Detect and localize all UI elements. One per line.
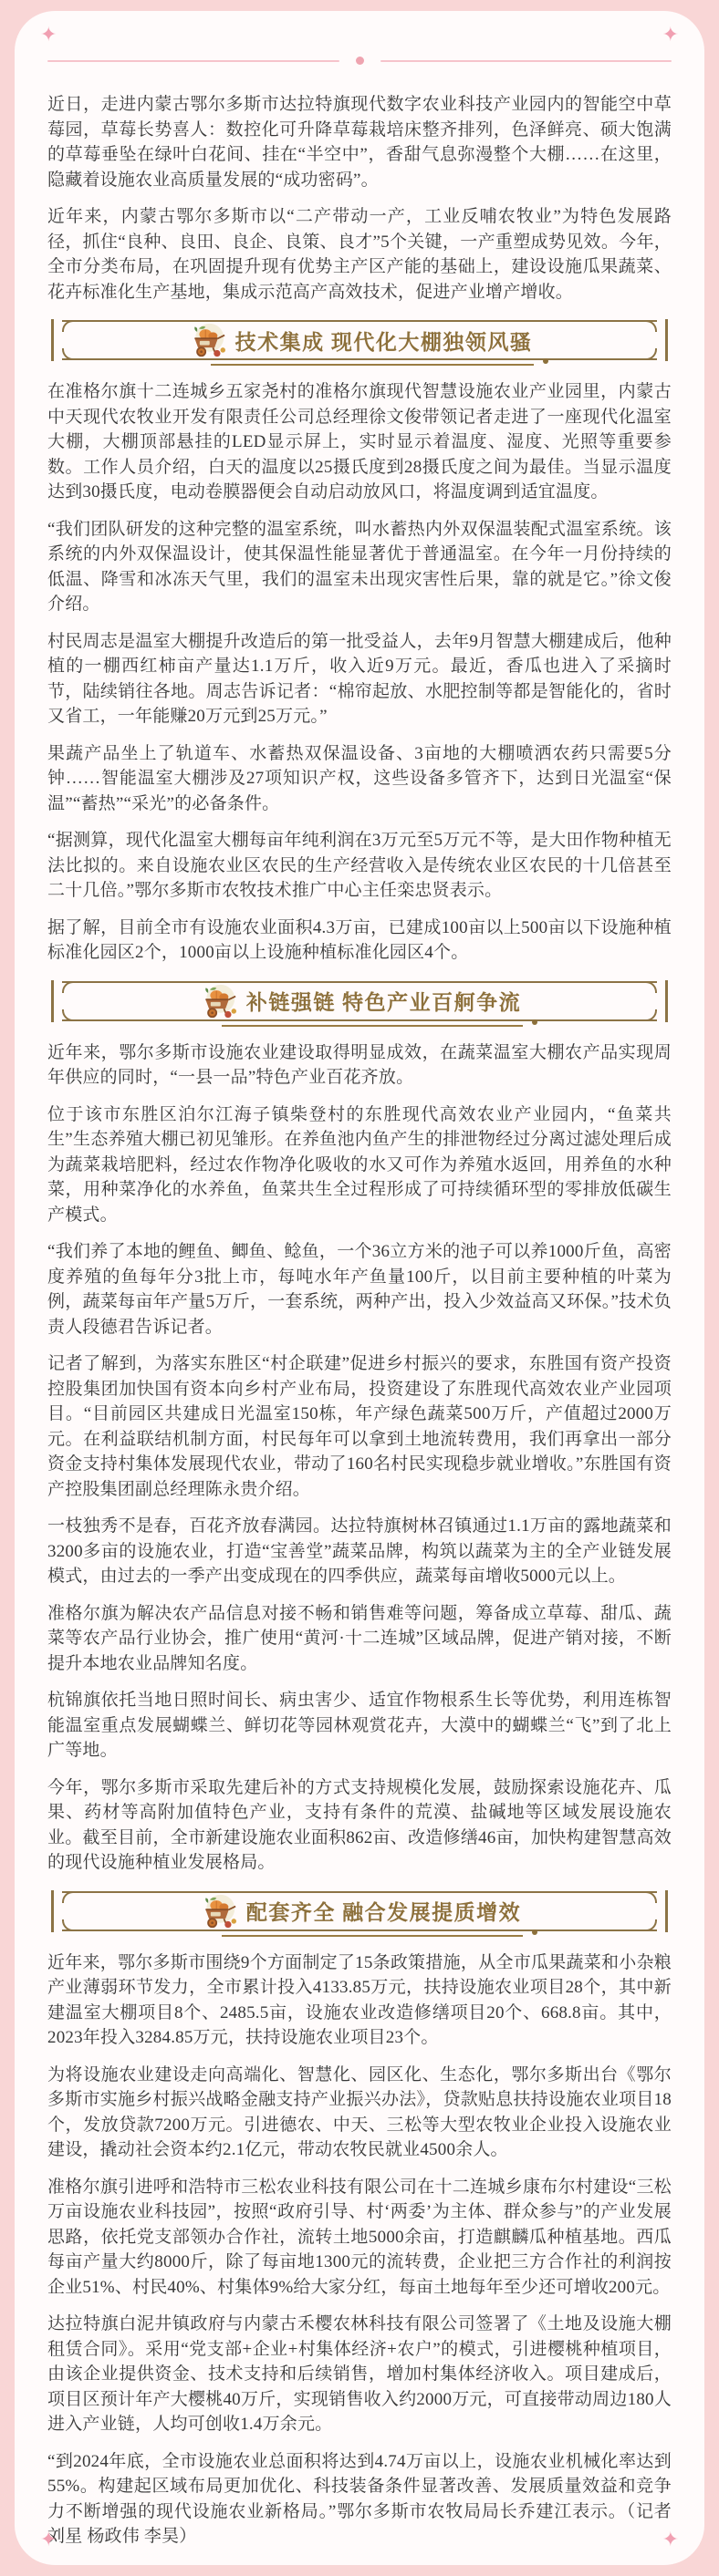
paragraph: 位于该市东胜区泊尔江海子镇柴登村的东胜现代高效农业产业园内，“鱼菜共生”生态养殖… (47, 1102, 672, 1228)
top-divider (47, 57, 672, 65)
section-header: 技术集成 现代化大棚独领风骚 (57, 319, 662, 361)
section-support: 配套齐全 融合发展提质增效 近年来，鄂尔多斯市围绕9个方面制定了15条政策措施，… (47, 1890, 672, 2550)
section-title: 补链强链 特色产业百舸争流 (246, 986, 521, 1016)
sparkle-icon: ✦ (40, 26, 57, 46)
harvest-cart-icon (187, 322, 227, 358)
section-title: 配套齐全 融合发展提质增效 (246, 1896, 521, 1926)
title-underline (211, 364, 535, 366)
divider-line (47, 60, 339, 62)
paragraph: 据了解，目前全市有设施农业面积4.3万亩，已建成100亩以上500亩以下设施种植… (47, 916, 672, 966)
paragraph: 达拉特旗白泥井镇政府与内蒙古禾樱农林科技有限公司签署了《土地及设施大棚租赁合同》… (47, 2312, 672, 2437)
title-underline (222, 1935, 523, 1937)
paragraph: “据测算，现代化温室大棚每亩年纯利润在3万元至5万元不等，是大田作物种植无法比拟… (47, 828, 672, 904)
section-chain: 补链强链 特色产业百舸争流 近年来，鄂尔多斯市设施农业建设取得明显成效，在蔬菜温… (47, 980, 672, 1876)
paragraph: 村民周志是温室大棚提升改造后的第一批受益人，去年9月智慧大棚建成后，他种植的一棚… (47, 629, 672, 729)
sparkle-icon: ✦ (662, 26, 679, 46)
title-dot-icon (532, 1019, 537, 1025)
section-header: 配套齐全 融合发展提质增效 (57, 1890, 662, 1932)
sparkle-icon: ✦ (40, 2530, 57, 2550)
paragraph: “到2024年底，全市设施农业总面积将达到4.74万亩以上，设施农业机械化率达到… (47, 2449, 672, 2550)
section-tech: 技术集成 现代化大棚独领风骚 在准格尔旗十二连城乡五家尧村的准格尔旗现代智慧设施… (47, 319, 672, 966)
content-card: ✦ ✦ ✦ ✦ 近日，走进内蒙古鄂尔多斯市达拉特旗现代数字农业科技产业园内的智能… (15, 11, 704, 2565)
paragraph: 准格尔旗引进呼和浩特市三松农业科技有限公司在十二连城乡康布尔村建设“三松万亩设施… (47, 2175, 672, 2301)
paragraph: 近年来，鄂尔多斯市围绕9个方面制定了15条政策措施，从全市瓜果蔬菜和小杂粮产业薄… (47, 1950, 672, 2051)
section-title-group: 技术集成 现代化大棚独领风骚 (187, 322, 533, 358)
divider-dot-icon (356, 57, 364, 65)
paragraph: “我们养了本地的鲤鱼、鲫鱼、鲶鱼，一个36立方米的池子可以养1000斤鱼，高密度… (47, 1239, 672, 1340)
divider-line (380, 60, 672, 62)
title-dot-icon (532, 1929, 537, 1935)
section-title-group: 补链强链 特色产业百舸争流 (198, 983, 521, 1019)
paragraph: “我们团队研发的这种完整的温室系统，叫水蓄热内外双保温装配式温室系统。该系统的内… (47, 517, 672, 617)
paragraph: 近年来，内蒙古鄂尔多斯市以“二产带动一产，工业反哺农牧业”为特色发展路径，抓住“… (47, 204, 672, 305)
paragraph: 一枝独秀不是春，百花齐放春满园。达拉特旗树林召镇通过1.1万亩的露地蔬菜和320… (47, 1514, 672, 1589)
paragraph: 近日，走进内蒙古鄂尔多斯市达拉特旗现代数字农业科技产业园内的智能空中草莓园，草莓… (47, 92, 672, 192)
paragraph: 准格尔旗为解决农产品信息对接不畅和销售难等问题，筹备成立草莓、甜瓜、蔬菜等农产品… (47, 1601, 672, 1677)
title-underline (222, 1025, 523, 1027)
paragraph: 为将设施农业建设走向高端化、智慧化、园区化、生态化，鄂尔多斯出台《鄂尔多斯市实施… (47, 2063, 672, 2163)
paragraph: 在准格尔旗十二连城乡五家尧村的准格尔旗现代智慧设施农业产业园里，内蒙古中天现代农… (47, 379, 672, 505)
section-header: 补链强链 特色产业百舸争流 (57, 980, 662, 1022)
sparkle-icon: ✦ (662, 2530, 679, 2550)
section-title-group: 配套齐全 融合发展提质增效 (198, 1893, 521, 1929)
article-body: 近日，走进内蒙古鄂尔多斯市达拉特旗现代数字农业科技产业园内的智能空中草莓园，草莓… (15, 92, 704, 2550)
title-dot-icon (543, 358, 548, 364)
paragraph: 杭锦旗依托当地日照时间长、病虫害少、适宜作物根系生长等优势，利用连栋智能温室重点… (47, 1688, 672, 1764)
harvest-cart-icon (198, 1893, 238, 1929)
harvest-cart-icon (198, 983, 238, 1019)
paragraph: 今年，鄂尔多斯市采取先建后补的方式支持规模化发展，鼓励探索设施花卉、瓜果、药材等… (47, 1775, 672, 1876)
paragraph: 果蔬产品坐上了轨道车、水蓄热双保温设备、3亩地的大棚喷洒农药只需要5分钟……智能… (47, 741, 672, 817)
paragraph: 近年来，鄂尔多斯市设施农业建设取得明显成效，在蔬菜温室大棚农产品实现周年供应的同… (47, 1040, 672, 1091)
paragraph: 记者了解到，为落实东胜区“村企联建”促进乡村振兴的要求，东胜国有资产投资控股集团… (47, 1351, 672, 1502)
section-title: 技术集成 现代化大棚独领风骚 (235, 326, 533, 356)
